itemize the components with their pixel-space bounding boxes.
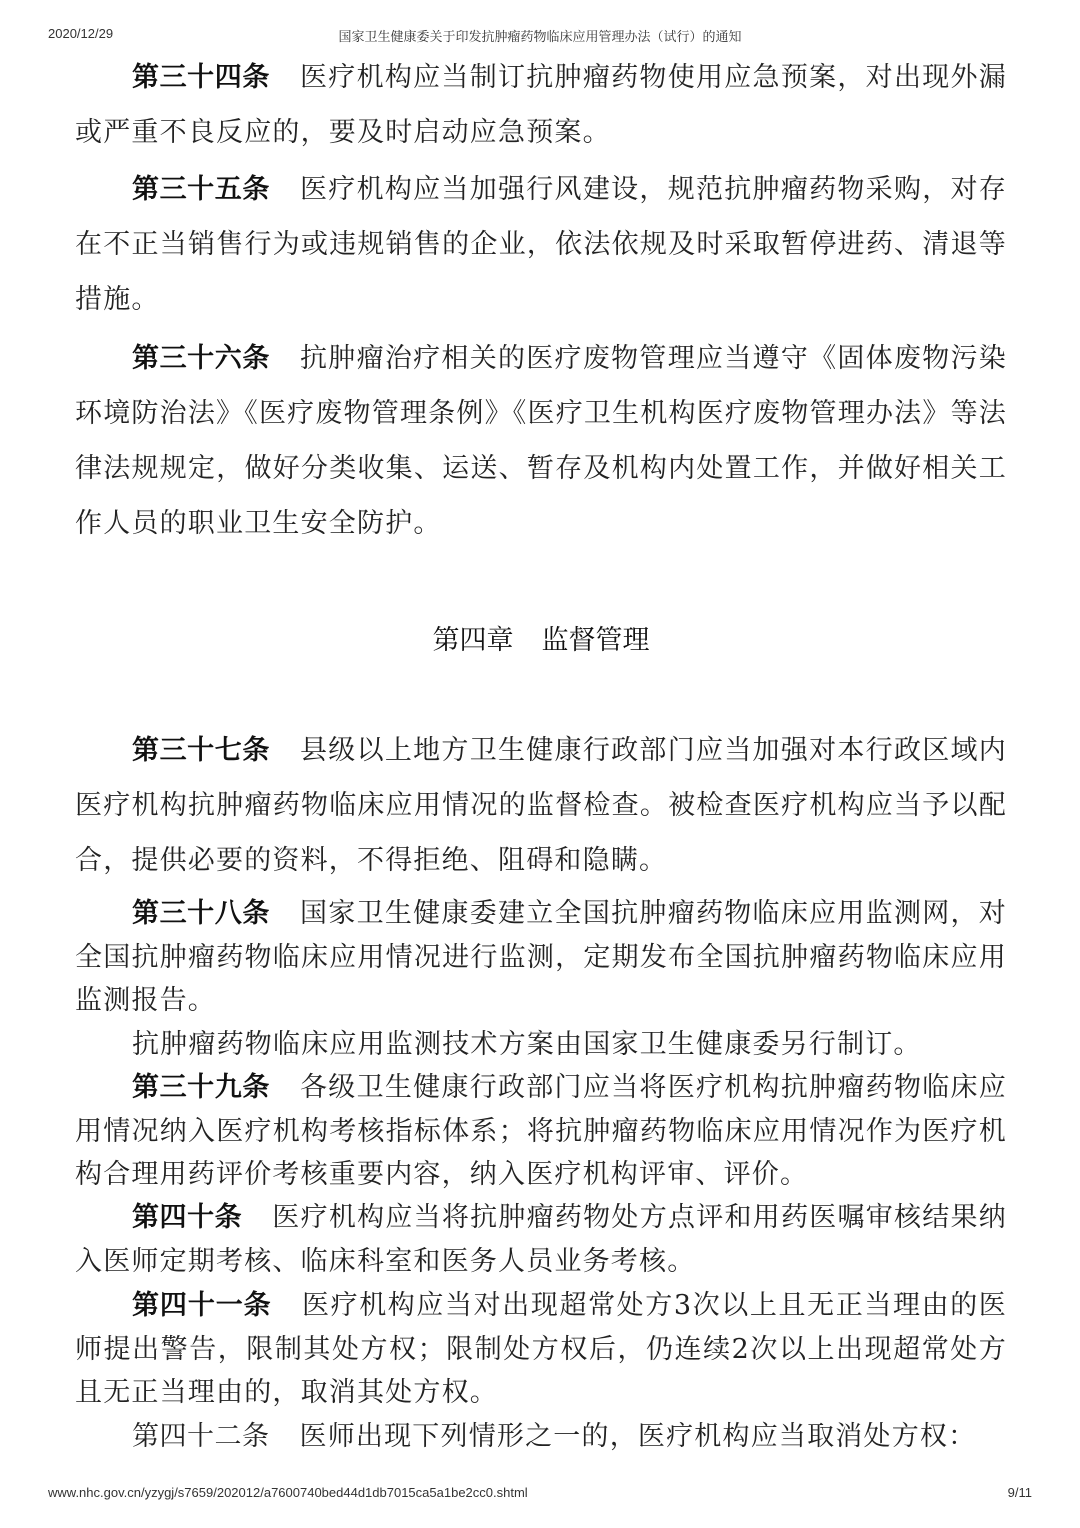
article-label: 第三十七条 <box>132 735 270 766</box>
article-38-note: 抗肿瘤药物临床应用监测技术方案由国家卫生健康委另行制订。 <box>75 1023 1007 1067</box>
document-title: 国家卫生健康委关于印发抗肿瘤药物临床应用管理办法（试行）的通知 <box>0 26 1080 45</box>
article-35: 第三十五条医疗机构应当加强行风建设，规范抗肿瘤药物采购，对存在不正当销售行为或违… <box>75 162 1007 327</box>
chapter-title: 监督管理 <box>542 625 650 656</box>
print-header: 2020/12/29 国家卫生健康委关于印发抗肿瘤药物临床应用管理办法（试行）的… <box>0 26 1080 46</box>
article-41: 第四十一条医疗机构应当对出现超常处方3次以上且无正当理由的医师提出警告，限制其处… <box>75 1284 1007 1415</box>
article-34: 第三十四条医疗机构应当制订抗肿瘤药物使用应急预案，对出现外漏或严重不良反应的，要… <box>75 50 1007 160</box>
chapter-heading: 第四章监督管理 <box>75 618 1007 657</box>
article-label: 第四十一条 <box>132 1290 272 1321</box>
chapter-number: 第四章 <box>433 625 514 656</box>
article-label: 第三十九条 <box>132 1072 270 1103</box>
article-38: 第三十八条国家卫生健康委建立全国抗肿瘤药物临床应用监测网，对全国抗肿瘤药物临床应… <box>75 892 1007 1023</box>
article-label: 第四十二条 <box>132 1421 270 1452</box>
article-40: 第四十条医疗机构应当将抗肿瘤药物处方点评和用药医嘱审核结果纳入医师定期考核、临床… <box>75 1196 1007 1283</box>
article-label: 第四十条 <box>132 1202 242 1233</box>
article-39: 第三十九条各级卫生健康行政部门应当将医疗机构抗肿瘤药物临床应用情况纳入医疗机构考… <box>75 1066 1007 1197</box>
page-url: www.nhc.gov.cn/yzygj/s7659/202012/a76007… <box>48 1485 528 1500</box>
article-text: 医师出现下列情形之一的，医疗机构应当取消处方权： <box>300 1421 977 1452</box>
print-footer: www.nhc.gov.cn/yzygj/s7659/202012/a76007… <box>0 1485 1080 1505</box>
article-37: 第三十七条县级以上地方卫生健康行政部门应当加强对本行政区域内医疗机构抗肿瘤药物临… <box>75 723 1007 888</box>
article-label: 第三十四条 <box>132 62 270 93</box>
article-label: 第三十六条 <box>132 343 270 374</box>
article-label: 第三十五条 <box>132 174 270 205</box>
article-text: 抗肿瘤药物临床应用监测技术方案由国家卫生健康委另行制订。 <box>132 1029 922 1060</box>
page-number: 9/11 <box>1008 1485 1032 1500</box>
article-42: 第四十二条医师出现下列情形之一的，医疗机构应当取消处方权： <box>75 1415 1007 1459</box>
article-36: 第三十六条抗肿瘤治疗相关的医疗废物管理应当遵守《固体废物污染环境防治法》《医疗废… <box>75 331 1007 551</box>
article-label: 第三十八条 <box>132 898 270 929</box>
